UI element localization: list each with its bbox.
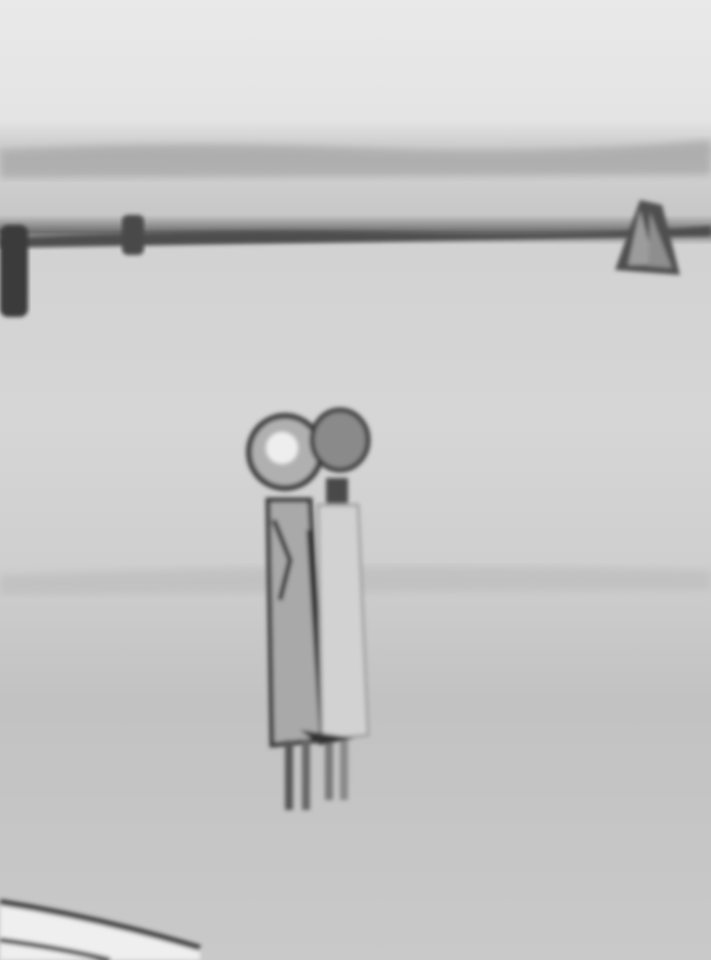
waterline (0, 226, 711, 248)
beach-photo (0, 0, 711, 960)
two-figures (249, 410, 368, 810)
dark-object-left (0, 225, 28, 317)
scene (0, 0, 711, 960)
distant-horizon (0, 140, 711, 178)
sailboat (615, 200, 680, 275)
small-figure (122, 215, 144, 255)
shoreline-bottom-left (0, 900, 200, 960)
